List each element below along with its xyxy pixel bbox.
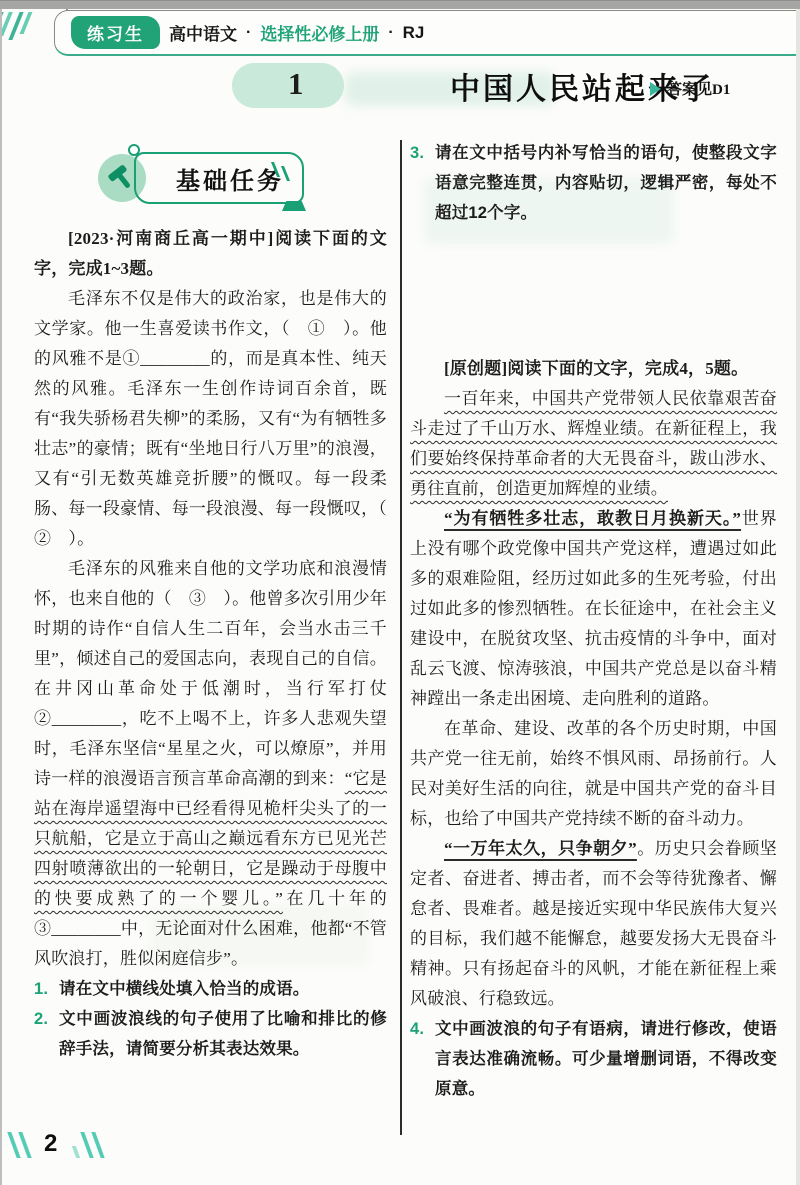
question-text: 文中画波浪线的句子使用了比喻和排比的修辞手法，请简要分析其表达效果。 bbox=[59, 1010, 387, 1058]
passage-text: 毛泽东不仅是伟大的政治家，也是伟大的文学家。他一生喜爱读书作文，（ ① ）。他的… bbox=[34, 289, 404, 548]
answer-reference-label: 答案见D1 bbox=[667, 78, 730, 99]
triangle-icon bbox=[650, 82, 661, 96]
passage-paragraph: “一万年太久，只争朝夕”。历史只会眷顾坚定者、奋进者、搏击者，而不会等待犹豫者、… bbox=[410, 834, 777, 1014]
brand-badge: 练习生 bbox=[71, 16, 160, 49]
passage-paragraph: 一百年来，中国共产党带领人民依靠艰苦奋斗走过了千山万水、辉煌业绩。在新征程上，我… bbox=[410, 384, 777, 504]
header-edition: RJ bbox=[403, 23, 425, 43]
question-number: 2. bbox=[34, 1004, 48, 1034]
header-book-title: 选择性必修上册 bbox=[260, 20, 379, 45]
wavy-underlined-text: “它是站在海岸遥望海中已经看得见桅杆尖头了的一只航船，它是立于高山之巅远看东方已… bbox=[34, 769, 387, 908]
answer-reference: 答案见D1 bbox=[650, 78, 730, 99]
workbook-page: 练习生 高中语文 · 选择性必修上册 · RJ 1 中国人民站起来了 答案见D1 bbox=[0, 0, 800, 1185]
underlined-quote: “一万年太久，只争朝夕” bbox=[444, 839, 637, 858]
wavy-underlined-text: 一百年来，中国共产党带领人民依靠艰苦奋斗走过了千山万水、辉煌业绩。在新征程上，我… bbox=[410, 389, 777, 498]
header-separator: · bbox=[246, 24, 251, 42]
question-number: 1. bbox=[34, 974, 48, 1004]
question-number: 3. bbox=[410, 138, 424, 168]
header-separator: · bbox=[388, 24, 393, 42]
section-title: 基础任务 bbox=[176, 161, 284, 196]
page-footer: 2 bbox=[12, 1128, 100, 1158]
left-column: 基础任务 [2023·河南商丘高一期中]阅读下面的文字，完成1~3题。 毛泽东不… bbox=[34, 138, 387, 1104]
footer-slash-decoration bbox=[18, 1132, 31, 1158]
question-1: 1. 请在文中横线处填入恰当的成语。 bbox=[34, 974, 387, 1004]
lesson-title-row: 1 中国人民站起来了 答案见D1 bbox=[0, 58, 800, 118]
content-columns: 基础任务 [2023·河南商丘高一期中]阅读下面的文字，完成1~3题。 毛泽东不… bbox=[34, 138, 777, 1104]
question-3: 3. 请在文中括号内补写恰当的语句，使整段文字语意完整连贯，内容贴切，逻辑严密，… bbox=[410, 138, 777, 228]
reading-intro-right: [原创题]阅读下面的文字，完成4，5题。 bbox=[410, 354, 777, 384]
reading-intro-left: [2023·河南商丘高一期中]阅读下面的文字，完成1~3题。 bbox=[34, 224, 387, 284]
scan-edge bbox=[796, 0, 800, 1185]
section-badge-frame: 基础任务 bbox=[134, 152, 304, 204]
question-number: 4. bbox=[410, 1014, 424, 1044]
question-4: 4. 文中画波浪的句子有语病，请进行修改，使语言表达准确流畅。可少量增删词语，不… bbox=[410, 1014, 777, 1104]
answer-space bbox=[410, 228, 777, 354]
footer-slash-decoration bbox=[92, 1132, 105, 1158]
question-text: 请在文中横线处填入恰当的成语。 bbox=[59, 980, 310, 998]
scan-edge bbox=[0, 0, 800, 9]
section-badge: 基础任务 bbox=[34, 138, 387, 224]
passage-text: 在革命、建设、改革的各个历史时期，中国共产党一往无前，始终不惧风雨、昂扬前行。人… bbox=[410, 719, 777, 828]
scan-edge bbox=[0, 0, 2, 1185]
passage-paragraph: “为有牺牲多壮志，敢教日月换新天。”世界上没有哪个政党像中国共产党这样，遭遇过如… bbox=[410, 504, 777, 714]
footer-slash-decoration bbox=[72, 1146, 80, 1158]
page-number: 2 bbox=[44, 1130, 57, 1158]
passage-text: 毛泽东的风雅来自他的文学功底和浪漫情怀，也来自他的（ ③ ）。他曾多次引用少年时… bbox=[34, 559, 387, 788]
question-text: 文中画波浪的句子有语病，请进行修改，使语言表达准确流畅。可少量增删词语，不得改变… bbox=[435, 1020, 777, 1098]
badge-dot-decoration bbox=[128, 144, 140, 156]
right-column: 3. 请在文中括号内补写恰当的语句，使整段文字语意完整连贯，内容贴切，逻辑严密，… bbox=[410, 138, 777, 1104]
passage-paragraph: 在革命、建设、改革的各个历史时期，中国共产党一往无前，始终不惧风雨、昂扬前行。人… bbox=[410, 714, 777, 834]
decorative-hatch-marks bbox=[0, 12, 28, 40]
underlined-quote: “为有牺牲多壮志，敢教日月换新天。” bbox=[444, 509, 741, 528]
question-text: 请在文中括号内补写恰当的语句，使整段文字语意完整连贯，内容贴切，逻辑严密，每处不… bbox=[435, 144, 777, 222]
lesson-number: 1 bbox=[288, 66, 304, 102]
page-header: 练习生 高中语文 · 选择性必修上册 · RJ bbox=[54, 10, 800, 56]
passage-paragraph: 毛泽东的风雅来自他的文学功底和浪漫情怀，也来自他的（ ③ ）。他曾多次引用少年时… bbox=[34, 554, 387, 974]
passage-paragraph: 毛泽东不仅是伟大的政治家，也是伟大的文学家。他一生喜爱读书作文，（ ① ）。他的… bbox=[34, 284, 387, 554]
header-course: 高中语文 bbox=[169, 20, 237, 45]
passage-text: 世界上没有哪个政党像中国共产党这样，遭遇过如此多的艰难险阻，经历过如此多的生死考… bbox=[410, 509, 777, 708]
question-2: 2. 文中画波浪线的句子使用了比喻和排比的修辞手法，请简要分析其表达效果。 bbox=[34, 1004, 387, 1064]
passage-text: 。历史只会眷顾坚定者、奋进者、搏击者，而不会等待犹豫者、懈怠者、畏难者。越是接近… bbox=[410, 839, 777, 1008]
